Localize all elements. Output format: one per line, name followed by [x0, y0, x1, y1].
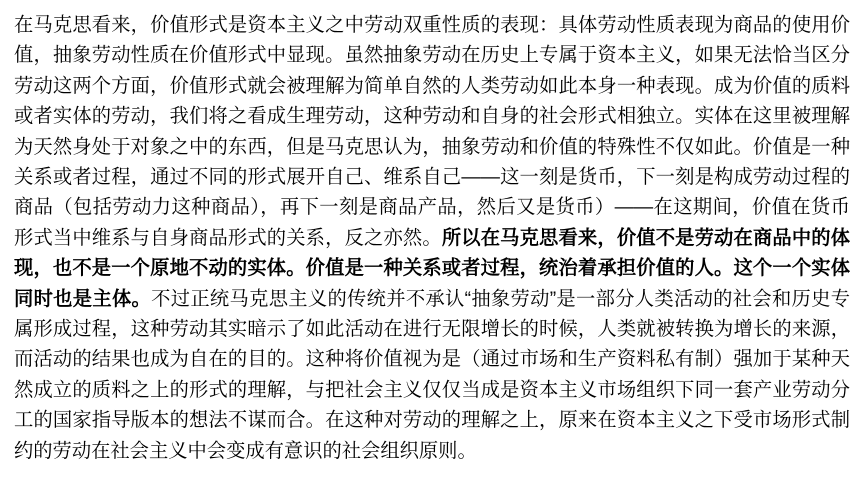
text-segment-intro: 在马克思看来，价值形式是资本主义之中劳动双重性质的表现：具体劳动性质表现为商品的… — [14, 15, 850, 249]
page: 在马克思看来，价值形式是资本主义之中劳动双重性质的表现：具体劳动性质表现为商品的… — [0, 0, 863, 484]
text-segment-conclusion: 不过正统马克思主义的传统并不承认“抽象劳动”是一部分人类活动的社会和历史专属形成… — [14, 289, 850, 462]
paragraph: 在马克思看来，价值形式是资本主义之中劳动双重性质的表现：具体劳动性质表现为商品的… — [14, 11, 850, 467]
article-body: 在马克思看来，价值形式是资本主义之中劳动双重性质的表现：具体劳动性质表现为商品的… — [0, 0, 863, 467]
